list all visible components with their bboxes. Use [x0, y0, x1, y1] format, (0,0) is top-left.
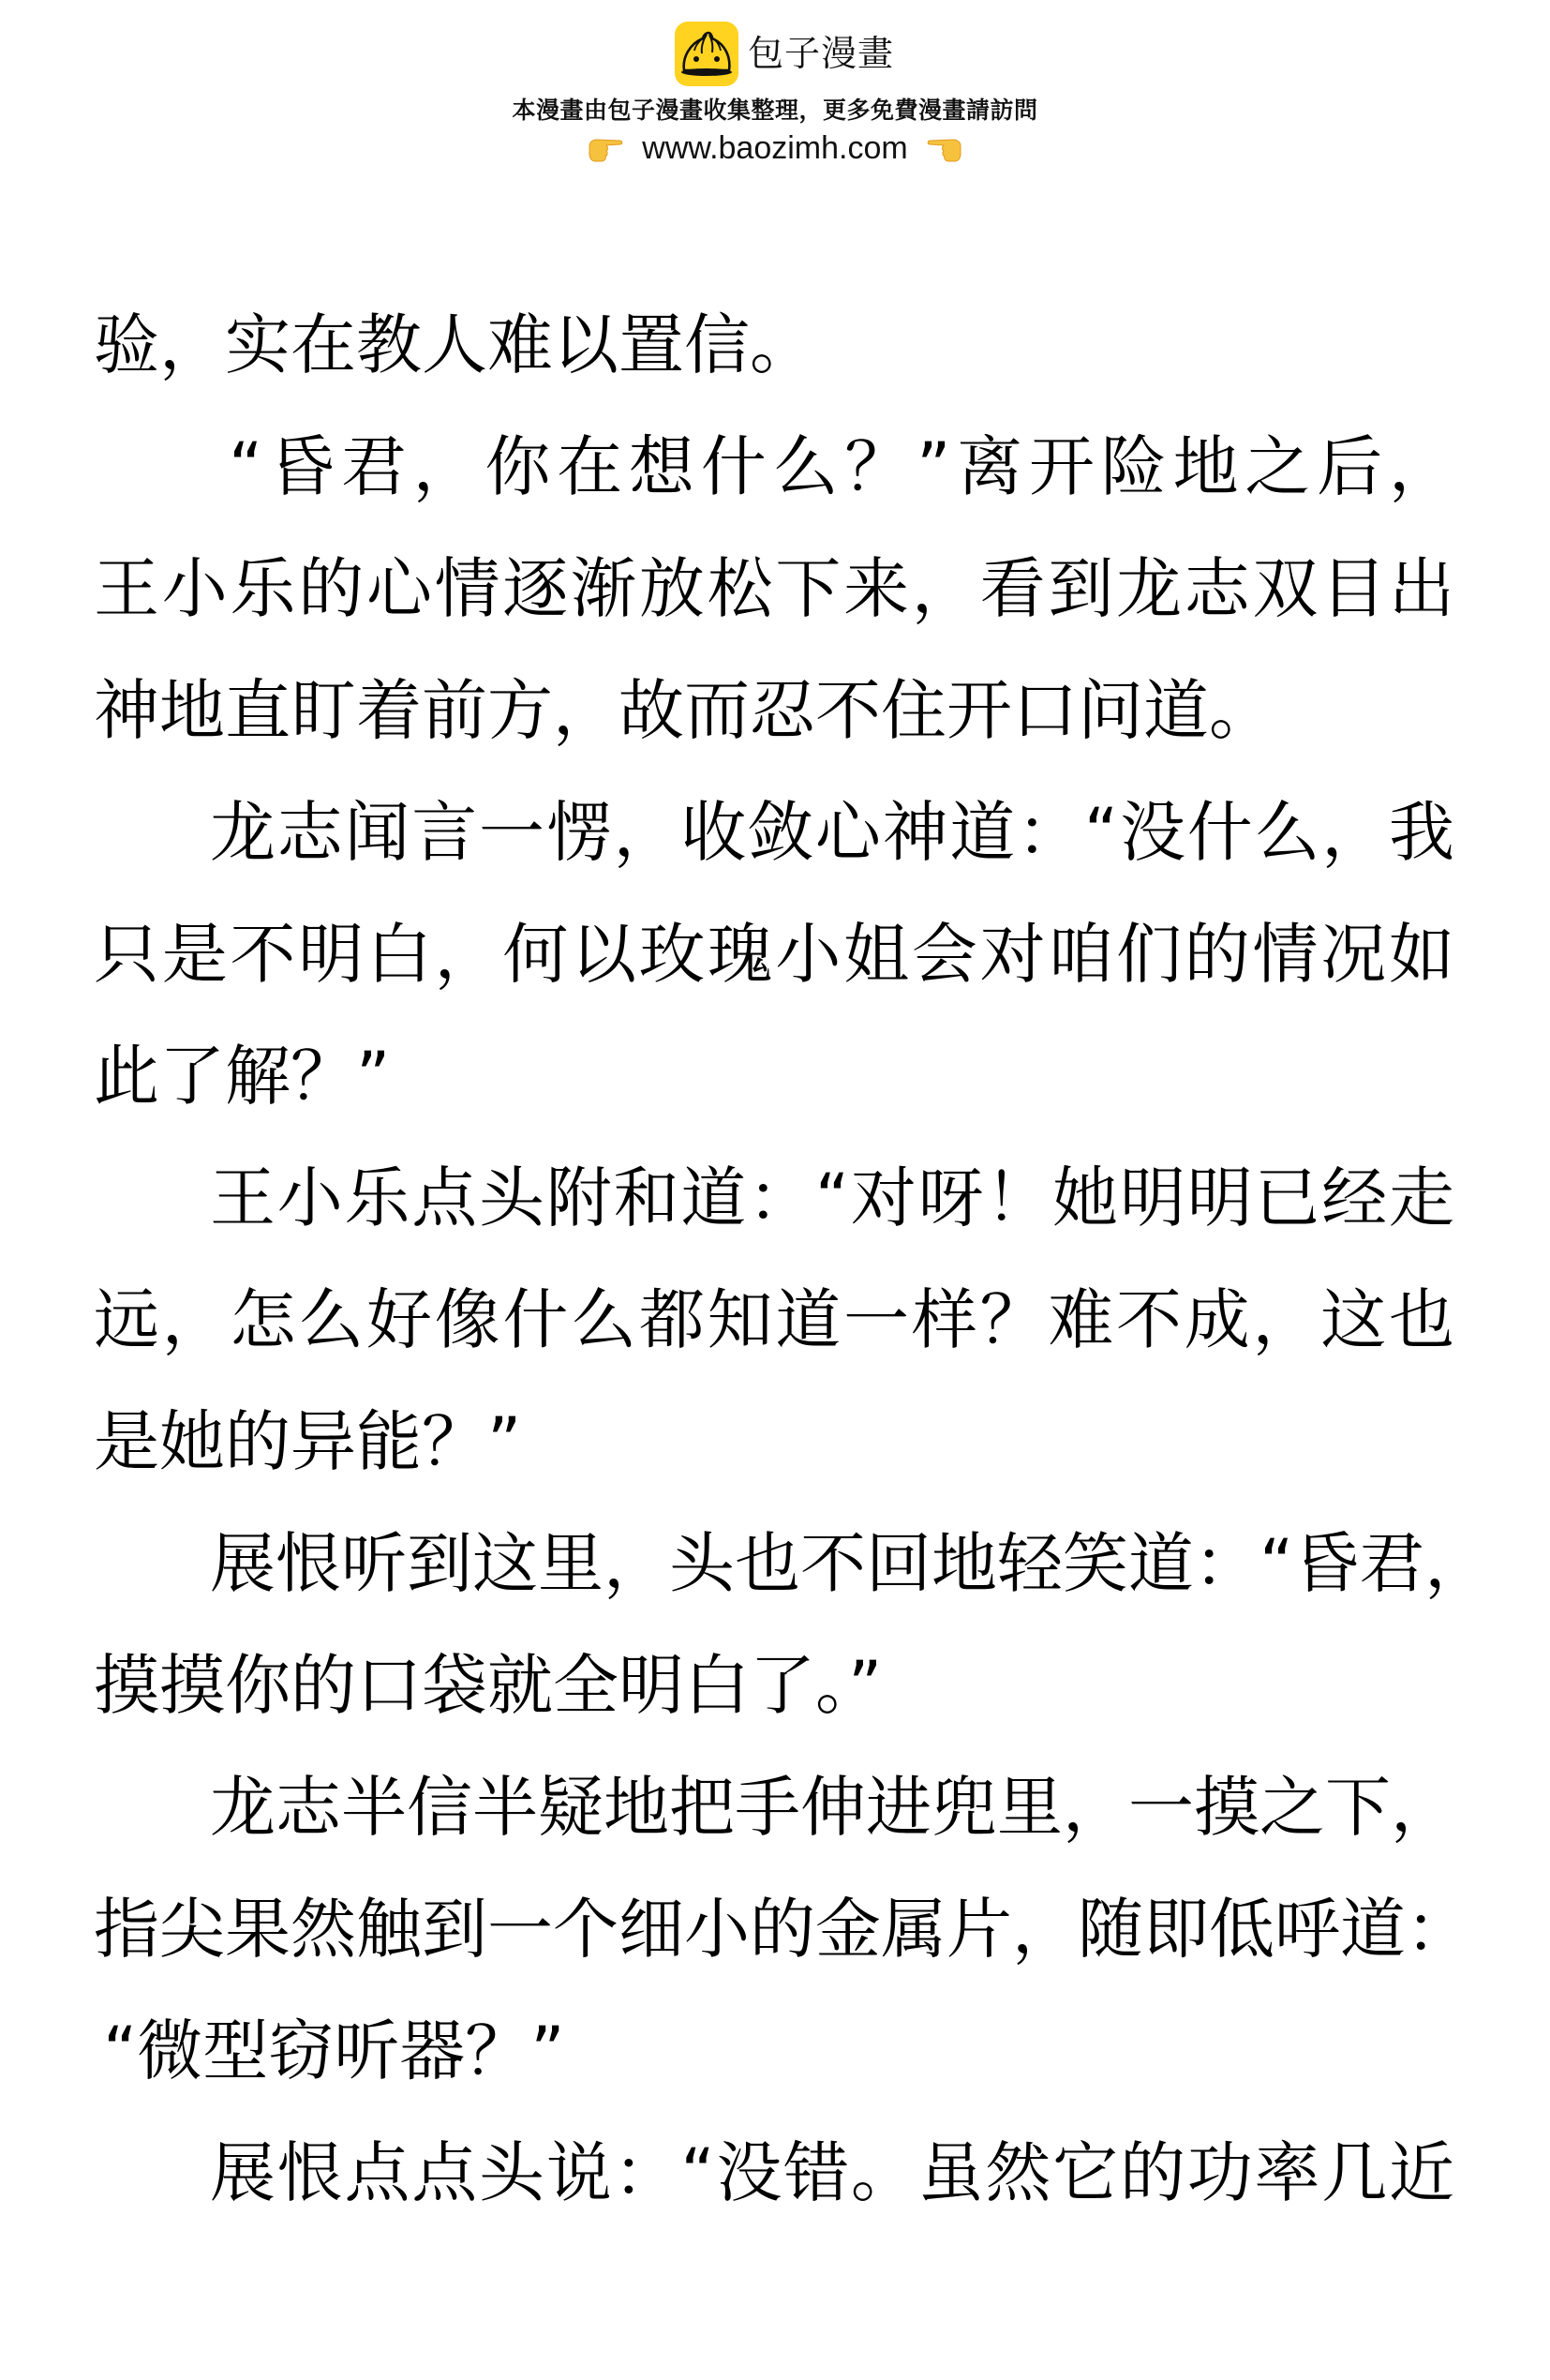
- text-line: 远，怎么好像什么都知道一样？难不成，这也: [94, 1259, 1454, 1381]
- brand-name: 包子漫畫: [748, 36, 894, 71]
- text-line: “昏君，你在想什么？”离开险地之后，: [229, 406, 1454, 528]
- brand: 包子漫畫: [675, 21, 894, 86]
- watermark-header: 包子漫畫 本漫畫由包子漫畫收集整理，更多免費漫畫請訪問 www.baozimh.…: [0, 0, 1550, 178]
- text-line: 摸摸你的口袋就全明白了。”: [94, 1624, 882, 1746]
- text-line: 王小乐的心情逐渐放松下来，看到龙志双目出: [94, 528, 1454, 650]
- site-url[interactable]: www.baozimh.com: [642, 132, 907, 164]
- text-line: 展恨听到这里，头也不回地轻笑道：“昏君，: [210, 1503, 1454, 1624]
- text-line: “微型窃听器？”: [103, 1990, 565, 2112]
- pointing-right-hand-icon: [586, 133, 625, 163]
- text-line: 神地直盯着前方，故而忍不住开口问道。: [94, 650, 1274, 771]
- text-line: 龙志半信半疑地把手伸进兜里，一摸之下，: [210, 1746, 1454, 1868]
- steamed-bun-logo-icon: [675, 22, 738, 86]
- url-row: www.baozimh.com: [0, 128, 1550, 168]
- text-line: 验，实在教人难以置信。: [94, 284, 815, 406]
- text-line: 展恨点点头说：“没错。虽然它的功率几近: [210, 2112, 1454, 2234]
- text-line: 龙志闻言一愣，收敛心神道：“没什么，我: [210, 771, 1454, 893]
- text-line: 只是不明白，何以玫瑰小姐会对咱们的情况如: [94, 893, 1454, 1015]
- text-line: 此了解？”: [94, 1015, 390, 1137]
- text-line: 指尖果然触到一个细小的金属片，随即低呼道：: [94, 1868, 1454, 1990]
- text-line: 王小乐点头附和道：“对呀！她明明已经走: [210, 1137, 1454, 1259]
- text-line: 是她的异能？”: [94, 1381, 521, 1503]
- source-notice: 本漫畫由包子漫畫收集整理，更多免費漫畫請訪問: [0, 97, 1550, 124]
- pointing-left-hand-icon: [925, 133, 964, 163]
